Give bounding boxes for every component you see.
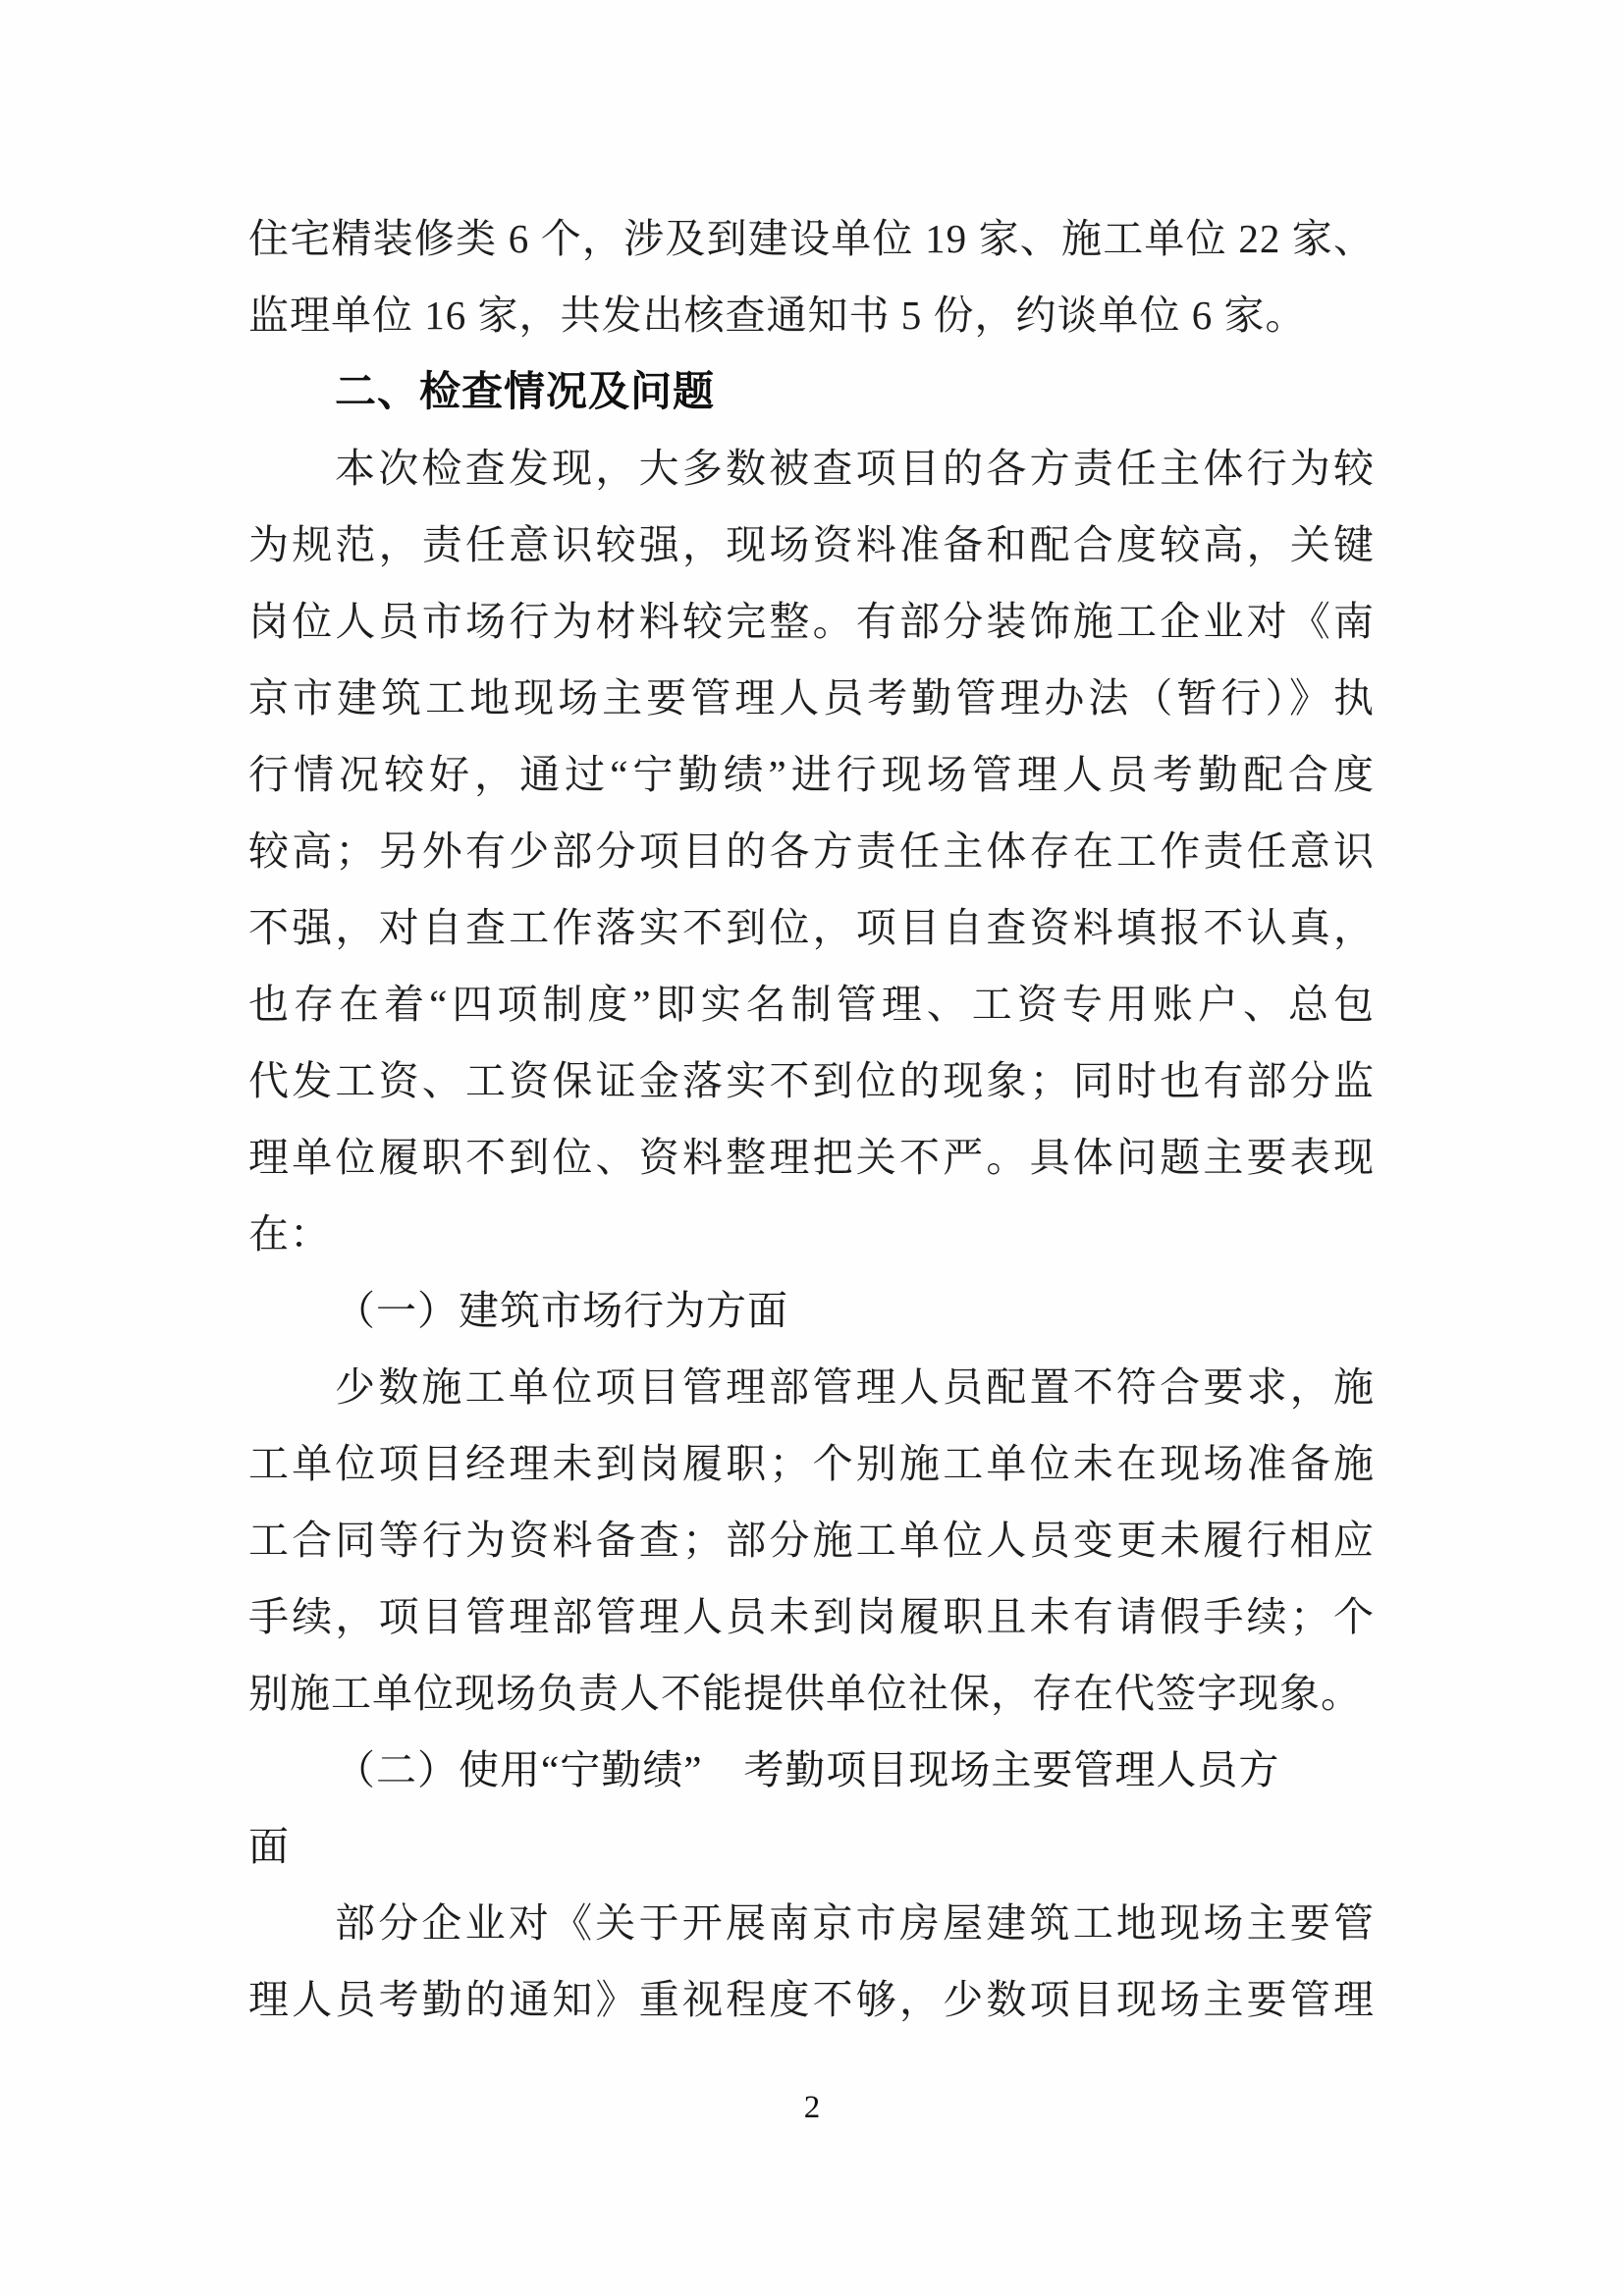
text-line: 理单位履职不到位、资料整理把关不严。具体问题主要表现 [248,1119,1375,1196]
text-line: 工单位项目经理未到岗履职；个别施工单位未在现场准备施 [248,1425,1375,1502]
document-page: 住宅精装修类 6 个，涉及到建设单位 19 家、施工单位 22 家、监理单位 1… [0,0,1624,2296]
text-line: 不强，对自查工作落实不到位，项目自查资料填报不认真， [248,889,1375,966]
text-line: 理人员考勤的通知》重视程度不够，少数项目现场主要管理 [248,1961,1375,2038]
section-heading: 二、检查情况及问题 [248,353,1375,430]
text-line: 部分企业对《关于开展南京市房屋建筑工地现场主要管 [248,1885,1375,1961]
text-line: 为规范，责任意识较强，现场资料准备和配合度较高，关键 [248,507,1375,583]
text-line: 行情况较好，通过“宁勤绩”进行现场管理人员考勤配合度 [248,736,1375,813]
text-line: 本次检查发现，大多数被查项目的各方责任主体行为较 [248,430,1375,507]
sub-heading: （二）使用“宁勤绩” 考勤项目现场主要管理人员方 [248,1732,1375,1808]
text-line: 岗位人员市场行为材料较完整。有部分装饰施工企业对《南 [248,583,1375,660]
text-line: 工合同等行为资料备查；部分施工单位人员变更未履行相应 [248,1502,1375,1578]
text-line: 较高；另外有少部分项目的各方责任主体存在工作责任意识 [248,813,1375,889]
text-line: 监理单位 16 家，共发出核查通知书 5 份，约谈单位 6 家。 [248,277,1375,353]
text-line: 别施工单位现场负责人不能提供单位社保，存在代签字现象。 [248,1655,1375,1732]
sub-heading: （一）建筑市场行为方面 [248,1272,1375,1349]
text-line: 少数施工单位项目管理部管理人员配置不符合要求，施 [248,1349,1375,1425]
text-line: 代发工资、工资保证金落实不到位的现象；同时也有部分监 [248,1042,1375,1119]
text-line: 京市建筑工地现场主要管理人员考勤管理办法（暂行）》执 [248,660,1375,736]
document-body: 住宅精装修类 6 个，涉及到建设单位 19 家、施工单位 22 家、监理单位 1… [248,200,1375,2038]
page-number: 2 [0,2085,1624,2130]
text-line: 在： [248,1196,1375,1272]
text-line: 住宅精装修类 6 个，涉及到建设单位 19 家、施工单位 22 家、 [248,200,1375,277]
text-line: 手续，项目管理部管理人员未到岗履职且未有请假手续；个 [248,1578,1375,1655]
sub-heading: 面 [248,1808,1375,1885]
text-line: 也存在着“四项制度”即实名制管理、工资专用账户、总包 [248,966,1375,1042]
